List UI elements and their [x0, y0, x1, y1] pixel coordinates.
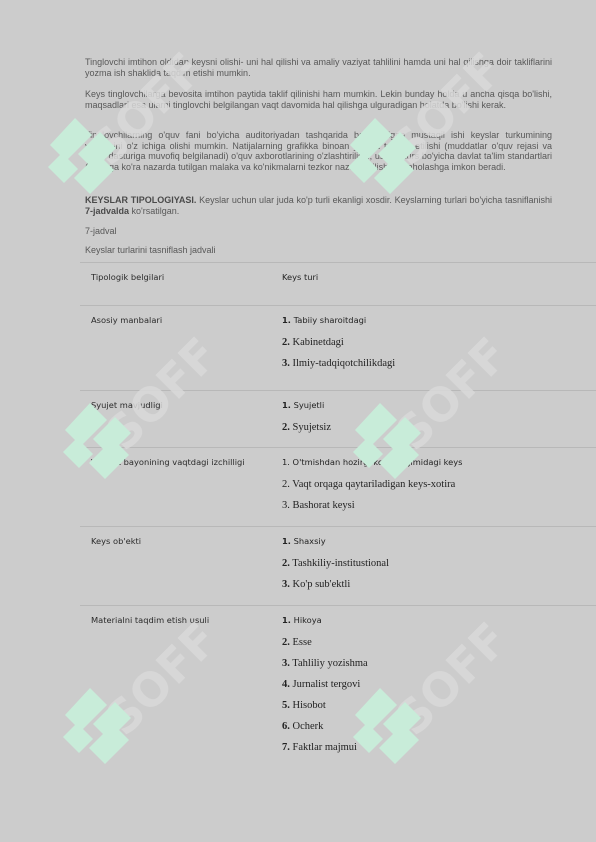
typology-heading: KEYSLAR TIPOLOGIYASI.	[85, 195, 196, 205]
item-number: 1.	[282, 615, 291, 625]
item-number: 1.	[282, 315, 291, 325]
feature-cell: Vaziyat bayonining vaqtdagi izchilligi	[80, 448, 282, 526]
item-number: 5.	[282, 700, 290, 711]
type-item: 3. Ko'p sub'ektli	[282, 578, 596, 599]
table-row: Keys ob'ekti1. Shaxsiy2. Tashkiliy-insti…	[80, 526, 596, 605]
paragraph-exam-keys: Tinglovchi imtihon oldidan keysni olishi…	[85, 57, 552, 78]
header-feature: Tipologik belgilari	[80, 263, 282, 305]
item-number: 1.	[282, 400, 291, 410]
item-text: Tashkiliy-institustional	[290, 558, 389, 569]
typology-text-end: ko'rsatilgan.	[129, 206, 179, 216]
item-text: Bashorat keysi	[290, 500, 355, 511]
type-item: 2. Esse	[282, 636, 596, 657]
type-item: 5. Hisobot	[282, 699, 596, 720]
types-cell: 1. O'tmishdan hozirgi kelish rejimidagi …	[282, 448, 596, 526]
type-item: 2. Kabinetdagi	[282, 336, 596, 357]
table-row: Syujet mavjudligi1. Syujetli2. Syujetsiz	[80, 390, 596, 447]
type-item: 2. Syujetsiz	[282, 421, 596, 442]
type-item: 1. Syujetli	[282, 400, 596, 421]
table-header-row: Tipologik belgilari Keys turi	[80, 262, 596, 305]
table-row: Vaziyat bayonining vaqtdagi izchilligi1.…	[80, 447, 596, 526]
paragraph-independent-work: Tinglovchilarning o'quv fani bo'yicha au…	[85, 130, 552, 172]
table-label: 7-jadval	[85, 226, 552, 237]
item-text: Syujetsiz	[290, 422, 331, 433]
table-body: Asosiy manbalari1. Tabiiy sharoitdagi2. …	[80, 305, 596, 776]
table-caption: Keyslar turlarini tasniflash jadvali	[85, 245, 552, 256]
item-text: Shaxsiy	[291, 536, 326, 546]
feature-cell: Keys ob'ekti	[80, 527, 282, 605]
item-text: O'tmishdan hozirgi kelish rejimidagi key…	[290, 457, 463, 467]
item-text: Hikoya	[291, 615, 322, 625]
type-item: 4. Jurnalist tergovi	[282, 678, 596, 699]
types-cell: 1. Hikoya2. Esse3. Tahliliy yozishma4. J…	[282, 606, 596, 776]
item-number: 3.	[282, 358, 290, 369]
typology-text: Keyslar uchun ular juda ko'p turli ekanl…	[196, 195, 552, 205]
item-number: 1.	[282, 457, 290, 467]
type-item: 3. Ilmiy-tadqiqotchilikdagi	[282, 357, 596, 378]
item-text: Ilmiy-tadqiqotchilikdagi	[290, 358, 395, 369]
type-item: 1. O'tmishdan hozirgi kelish rejimidagi …	[282, 457, 596, 478]
types-cell: 1. Tabiiy sharoitdagi2. Kabinetdagi3. Il…	[282, 306, 596, 390]
type-item: 7. Faktlar majmui	[282, 741, 596, 762]
feature-cell: Materialni taqdim etish usuli	[80, 606, 282, 776]
item-number: 4.	[282, 679, 290, 690]
feature-cell: Asosiy manbalari	[80, 306, 282, 390]
type-item: 1. Hikoya	[282, 615, 596, 636]
item-text: Vaqt orqaga qaytariladigan keys-xotira	[290, 479, 455, 490]
item-number: 2.	[282, 637, 290, 648]
item-number: 1.	[282, 536, 291, 546]
type-item: 2. Vaqt orqaga qaytariladigan keys-xotir…	[282, 478, 596, 499]
item-number: 2.	[282, 479, 290, 490]
table-row: Materialni taqdim etish usuli1. Hikoya2.…	[80, 605, 596, 776]
type-item: 2. Tashkiliy-institustional	[282, 557, 596, 578]
types-cell: 1. Syujetli2. Syujetsiz	[282, 391, 596, 447]
item-number: 7.	[282, 742, 290, 753]
item-text: Ko'p sub'ektli	[290, 579, 350, 590]
item-text: Esse	[290, 637, 312, 648]
item-text: Hisobot	[290, 700, 326, 711]
item-text: Kabinetdagi	[290, 337, 344, 348]
type-item: 3. Bashorat keysi	[282, 499, 596, 520]
table-row: Asosiy manbalari1. Tabiiy sharoitdagi2. …	[80, 305, 596, 390]
item-number: 3.	[282, 579, 290, 590]
item-text: Syujetli	[291, 400, 324, 410]
table-reference: 7-jadvalda	[85, 206, 129, 216]
item-text: Jurnalist tergovi	[290, 679, 360, 690]
item-number: 2.	[282, 422, 290, 433]
keys-classification-table: Tipologik belgilari Keys turi Asosiy man…	[80, 262, 596, 776]
item-text: Ocherk	[290, 721, 324, 732]
item-number: 3.	[282, 658, 290, 669]
item-number: 2.	[282, 337, 290, 348]
type-item: 6. Ocherk	[282, 720, 596, 741]
feature-cell: Syujet mavjudligi	[80, 391, 282, 447]
type-item: 1. Tabiiy sharoitdagi	[282, 315, 596, 336]
type-item: 1. Shaxsiy	[282, 536, 596, 557]
types-cell: 1. Shaxsiy2. Tashkiliy-institustional3. …	[282, 527, 596, 605]
item-number: 6.	[282, 721, 290, 732]
header-type: Keys turi	[282, 263, 596, 305]
item-number: 2.	[282, 558, 290, 569]
item-text: Tabiiy sharoitdagi	[291, 315, 366, 325]
paragraph-typology: KEYSLAR TIPOLOGIYASI. Keyslar uchun ular…	[85, 195, 552, 216]
item-text: Faktlar majmui	[290, 742, 357, 753]
item-text: Tahliliy yozishma	[290, 658, 368, 669]
document-page: Tinglovchi imtihon oldidan keysni olishi…	[0, 0, 596, 842]
item-number: 3.	[282, 500, 290, 511]
type-item: 3. Tahliliy yozishma	[282, 657, 596, 678]
paragraph-keys-during-exam: Keys tinglovchilarga bevosita imtihon pa…	[85, 89, 552, 110]
